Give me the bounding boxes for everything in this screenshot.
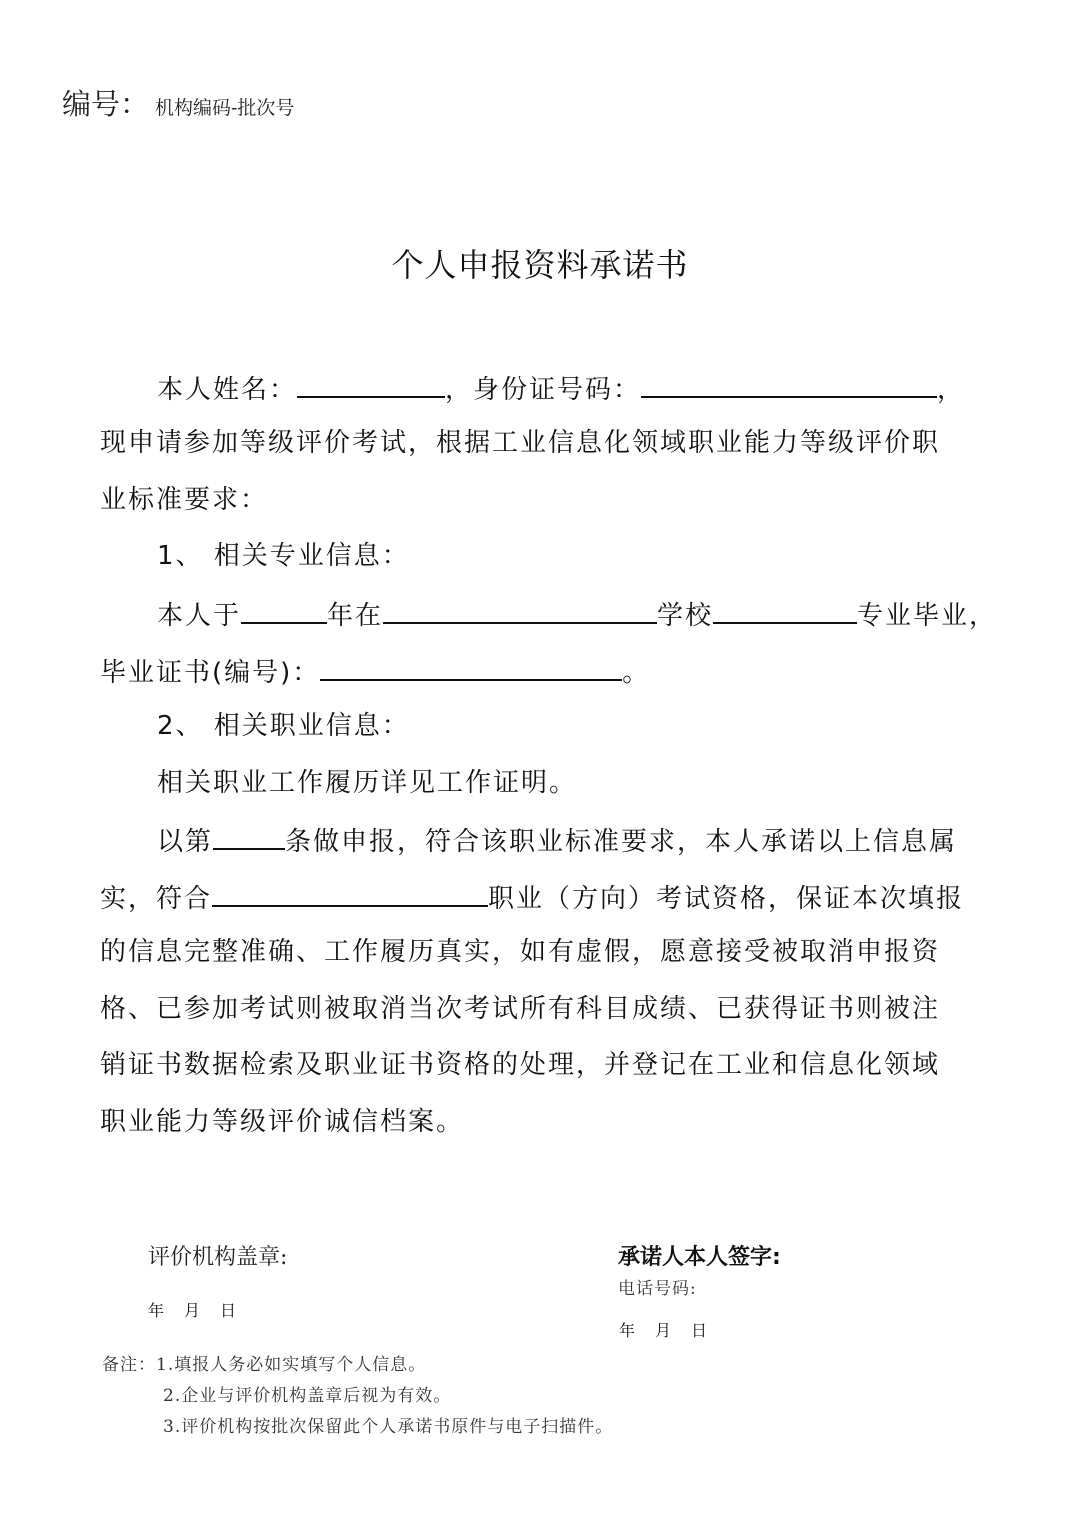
section-2-heading: 2、 相关职业信息： <box>157 711 410 741</box>
text: 年在 <box>327 601 383 631</box>
note-item: 2.企业与评价机构盖章后视为有效。 <box>163 1381 451 1406</box>
text: 职业（方向）考试资格，保证本次填报 <box>488 884 964 914</box>
institution-seal-label: 评价机构盖章: <box>148 1240 287 1271</box>
text: 以第 <box>157 827 213 857</box>
period: 。 <box>622 658 650 688</box>
diploma-number-blank[interactable] <box>320 655 622 681</box>
notes-label: 备注： <box>102 1355 156 1375</box>
text: 专业毕业， <box>857 601 997 631</box>
occupation-line: 实，符合职业（方向）考试资格，保证本次填报 <box>100 881 964 914</box>
id-number-blank[interactable] <box>641 372 937 398</box>
note-item: 1.填报人务必如实填写个人信息。 <box>156 1355 426 1375</box>
applicant-date: 年月日 <box>619 1318 727 1341</box>
serial-label: 编号： <box>62 87 149 121</box>
day-label: 日 <box>220 1298 236 1321</box>
day-label: 日 <box>691 1318 707 1341</box>
text: 条做申报，符合该职业标准要求，本人承诺以上信息属 <box>285 827 957 857</box>
document-title: 个人申报资料承诺书 <box>0 240 1080 286</box>
text: 本人于 <box>157 601 241 631</box>
notes-line-1: 备注：1.填报人务必如实填写个人信息。 <box>102 1350 426 1375</box>
occupation-blank[interactable] <box>212 881 488 907</box>
section-1-heading: 1、 相关专业信息： <box>157 541 410 571</box>
major-blank[interactable] <box>713 598 857 624</box>
name-label: 本人姓名： <box>157 375 297 405</box>
education-line: 本人于年在学校专业毕业， <box>157 598 997 631</box>
serial-number: 编号：机构编码-批次号 <box>62 82 294 123</box>
school-blank[interactable] <box>383 598 657 624</box>
body-line-11: 的信息完整准确、工作履历真实，如有虚假，愿意接受被取消申报资 <box>100 937 940 967</box>
month-label: 月 <box>655 1318 671 1341</box>
serial-value: 机构编码-批次号 <box>155 97 294 119</box>
year-label: 年 <box>619 1318 635 1341</box>
body-line-14: 职业能力等级评价诚信档案。 <box>100 1107 464 1137</box>
body-line-12: 格、已参加考试则被取消当次考试所有科目成绩、已获得证书则被注 <box>100 994 940 1024</box>
phone-label: 电话号码: <box>618 1274 697 1299</box>
note-item: 3.评价机构按批次保留此个人承诺书原件与电子扫描件。 <box>163 1412 613 1437</box>
name-blank[interactable] <box>297 372 445 398</box>
diploma-label: 毕业证书(编号)： <box>100 658 320 688</box>
diploma-line: 毕业证书(编号)：。 <box>100 655 650 688</box>
body-line-2: 现申请参加等级评价考试，根据工业信息化领域职业能力等级评价职 <box>100 428 940 458</box>
id-label: ，身份证号码： <box>445 375 641 405</box>
year-label: 年 <box>148 1298 164 1321</box>
graduation-year-blank[interactable] <box>241 598 327 624</box>
name-id-line: 本人姓名：，身份证号码：， <box>157 372 965 405</box>
text: 实，符合 <box>100 884 212 914</box>
body-line-8: 相关职业工作履历详见工作证明。 <box>157 768 577 798</box>
clause-number-blank[interactable] <box>213 824 285 850</box>
month-label: 月 <box>184 1298 200 1321</box>
applicant-signature-label: 承诺人本人签字: <box>618 1240 781 1271</box>
body-line-3: 业标准要求： <box>100 485 268 515</box>
institution-date: 年月日 <box>148 1298 256 1321</box>
body-line-13: 销证书数据检索及职业证书资格的处理，并登记在工业和信息化领域 <box>100 1050 940 1080</box>
comma: ， <box>937 375 965 405</box>
text: 学校 <box>657 601 713 631</box>
clause-line: 以第条做申报，符合该职业标准要求，本人承诺以上信息属 <box>157 824 957 857</box>
